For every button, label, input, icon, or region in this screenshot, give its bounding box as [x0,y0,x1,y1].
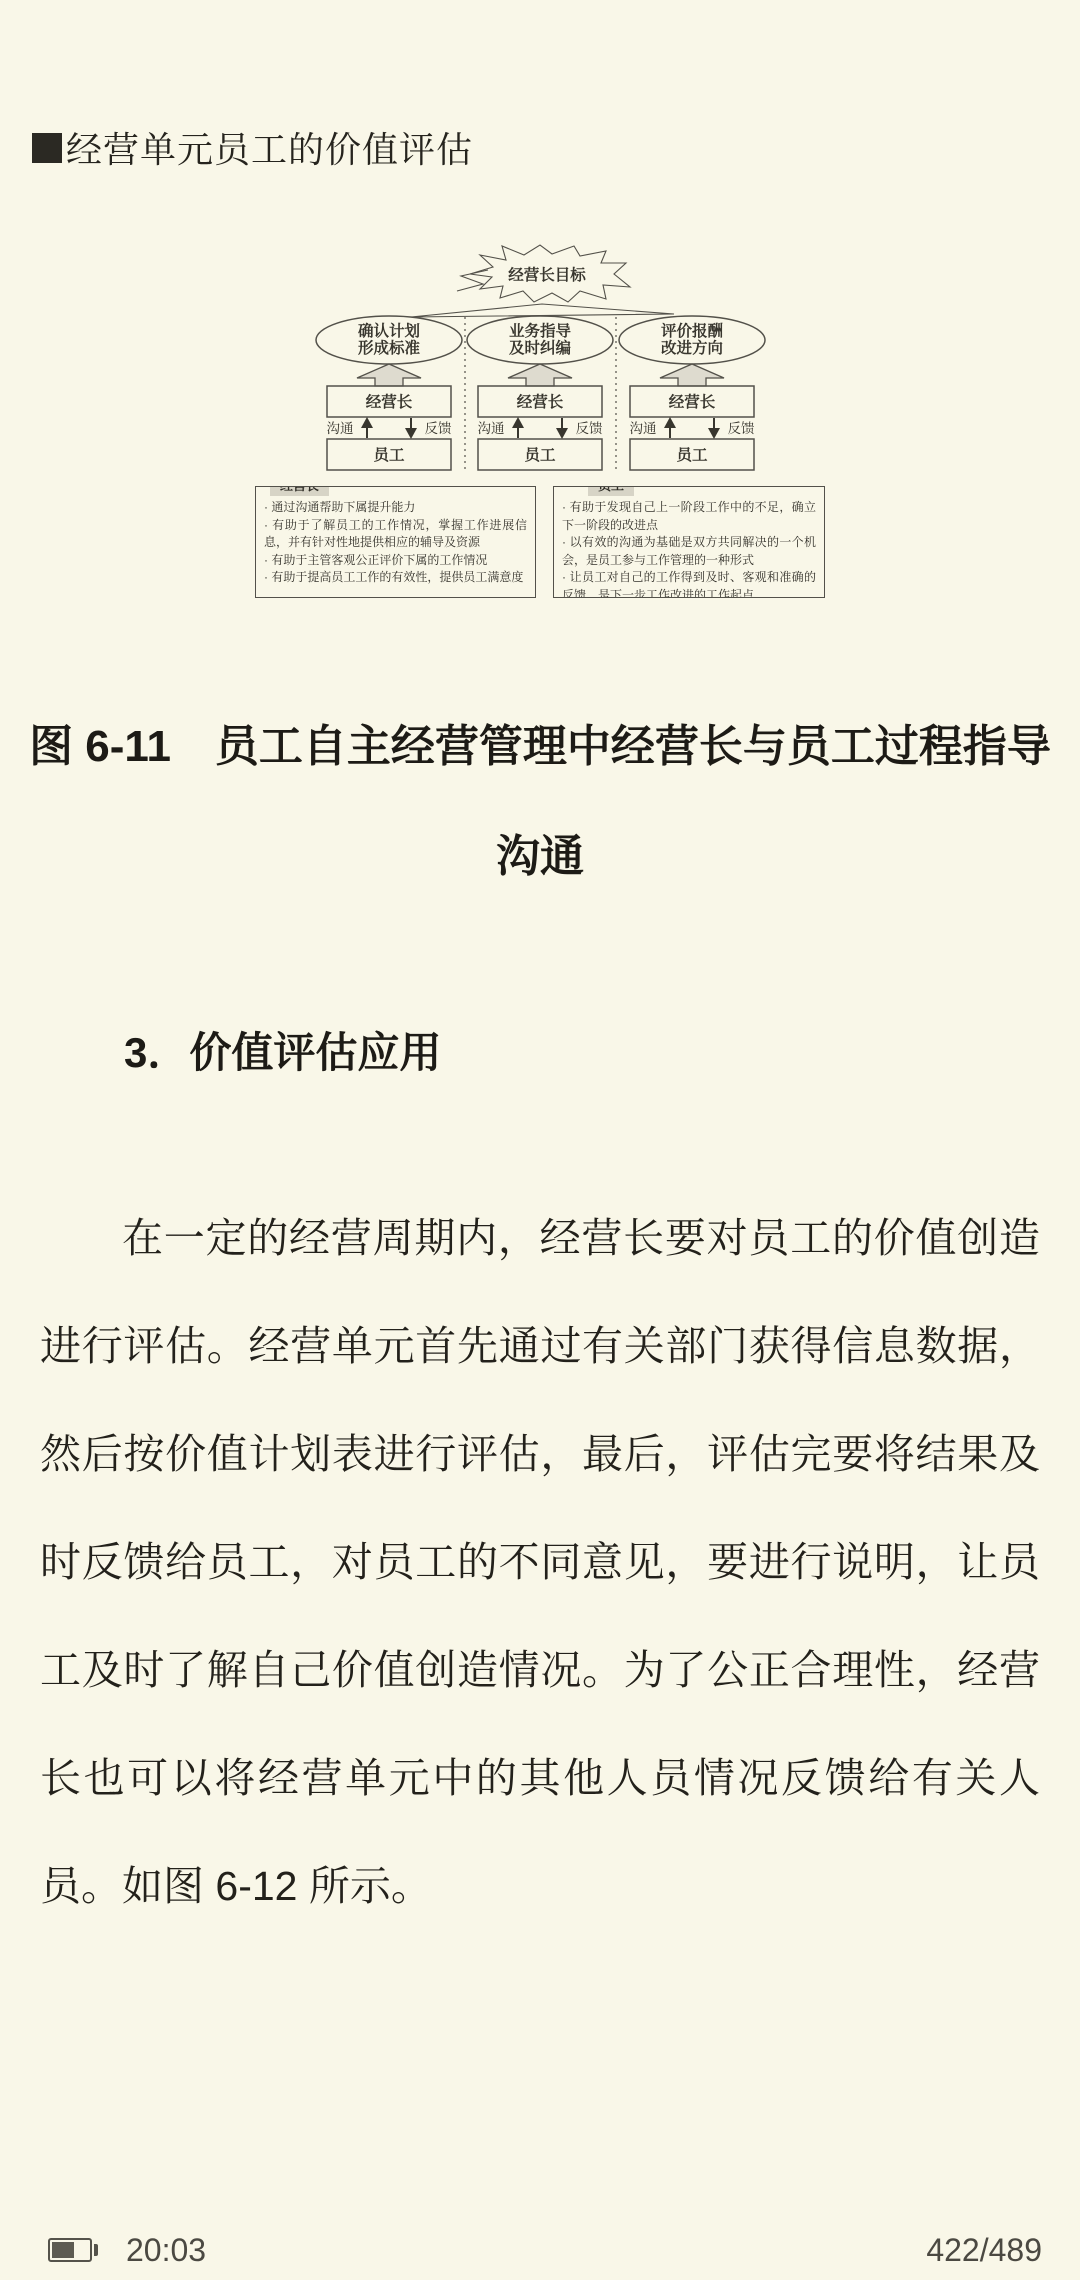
note-bullet: · 有助于了解员工的工作情况，掌握工作进展信息，并有针对性地提供相应的辅导及资源 [264,517,527,552]
communicate-label: 沟通 [327,421,354,436]
clock-time: 20:03 [126,2232,206,2269]
battery-icon [48,2238,98,2262]
manager-box-label: 经营长 [366,392,413,411]
stage-label: 形成标准 [358,338,421,357]
process-diagram: 经营长目标 确认计划 形成标准 经营长 沟通 反馈 [255,243,825,475]
figure-6-11: 经营长目标 确认计划 形成标准 经营长 沟通 反馈 [255,243,825,598]
note-bullet: · 通过沟通帮助下属提升能力 [264,499,527,517]
fanout-connector [411,304,674,317]
up-arrow-icon [664,417,676,428]
manager-box-label: 经营长 [669,392,716,411]
stage-column-1: 确认计划 形成标准 经营长 沟通 反馈 员工 [316,316,462,470]
note-bullet: · 有助于主管客观公正评价下属的工作情况 [264,552,527,570]
up-arrow-icon [512,417,524,428]
note-bullet: · 让员工对自己的工作得到及时、客观和准确的反馈，是下一步工作改进的工作起点 [562,569,816,598]
stage-label: 业务指导 [509,321,572,340]
section-heading: 3．价值评估应用 [0,1022,1080,1084]
down-arrow-icon [405,428,417,439]
feedback-label: 反馈 [728,420,756,436]
note-bullet: · 有助于提高员工工作的有效性，提供员工满意度 [264,569,527,587]
communicate-label: 沟通 [478,421,505,436]
note-bullet: · 以有效的沟通为基础是双方共同解决的一个机会，是员工参与工作管理的一种形式 [562,534,816,569]
stage-label: 及时纠编 [509,338,572,357]
employee-box-label: 员工 [676,446,708,464]
manager-benefits-box: 经营长 · 通过沟通帮助下属提升能力 · 有助于了解员工的工作情况，掌握工作进展… [255,486,536,598]
battery-nub [94,2244,98,2256]
battery-fill [52,2242,74,2258]
stage-label: 确认计划 [358,321,421,340]
employee-box-label: 员工 [524,446,556,464]
feedback-label: 反馈 [576,420,604,436]
figure-caption-line1: 图 6-11 员工自主经营管理中经营长与员工过程指导 [0,692,1080,802]
chapter-heading: 经营单元员工的价值评估 [32,122,473,173]
chapter-heading-text: 经营单元员工的价值评估 [66,122,473,173]
page-indicator: 422/489 [926,2232,1042,2269]
employee-benefits-title: 员工 [588,486,634,496]
stage-label: 改进方向 [661,338,724,357]
reader-status-bar: 20:03 422/489 [0,2228,1080,2272]
reader-page[interactable]: 经营单元员工的价值评估 经营长目标 确认计划 形成标准 经营长 [0,0,1080,2280]
employee-benefits-box: 员工 · 有助于发现自己上一阶段工作中的不足，确立下一阶段的改进点 · 以有效的… [553,486,825,598]
battery-body [48,2238,92,2262]
down-arrow-icon [708,428,720,439]
block-up-arrow-icon [508,364,572,386]
stage-label: 评价报酬 [661,321,724,340]
square-bullet-icon [32,133,62,163]
goal-burst-label: 经营长目标 [508,265,586,284]
block-up-arrow-icon [357,364,421,386]
manager-box-label: 经营长 [517,392,564,411]
communicate-label: 沟通 [630,421,658,436]
feedback-label: 反馈 [425,420,452,436]
manager-benefits-title: 经营长 [270,486,329,496]
figure-caption-line2: 沟通 [0,802,1080,912]
up-arrow-icon [361,417,373,428]
down-arrow-icon [556,428,568,439]
body-paragraph: 在一定的经营周期内，经营长要对员工的价值创造进行评估。经营单元首先通过有关部门获… [0,1184,1080,1940]
benefit-notes: 经营长 · 通过沟通帮助下属提升能力 · 有助于了解员工的工作情况，掌握工作进展… [255,486,825,598]
note-bullet: · 有助于发现自己上一阶段工作中的不足，确立下一阶段的改进点 [562,499,816,534]
block-up-arrow-icon [660,364,724,386]
stage-column-3: 评价报酬 改进方向 经营长 沟通 反馈 员工 [619,316,765,470]
employee-box-label: 员工 [373,446,405,464]
goal-starburst: 经营长目标 [457,245,630,302]
figure-caption: 图 6-11 员工自主经营管理中经营长与员工过程指导 沟通 [0,692,1080,912]
stage-column-2: 业务指导 及时纠编 经营长 沟通 反馈 员工 [467,316,613,470]
